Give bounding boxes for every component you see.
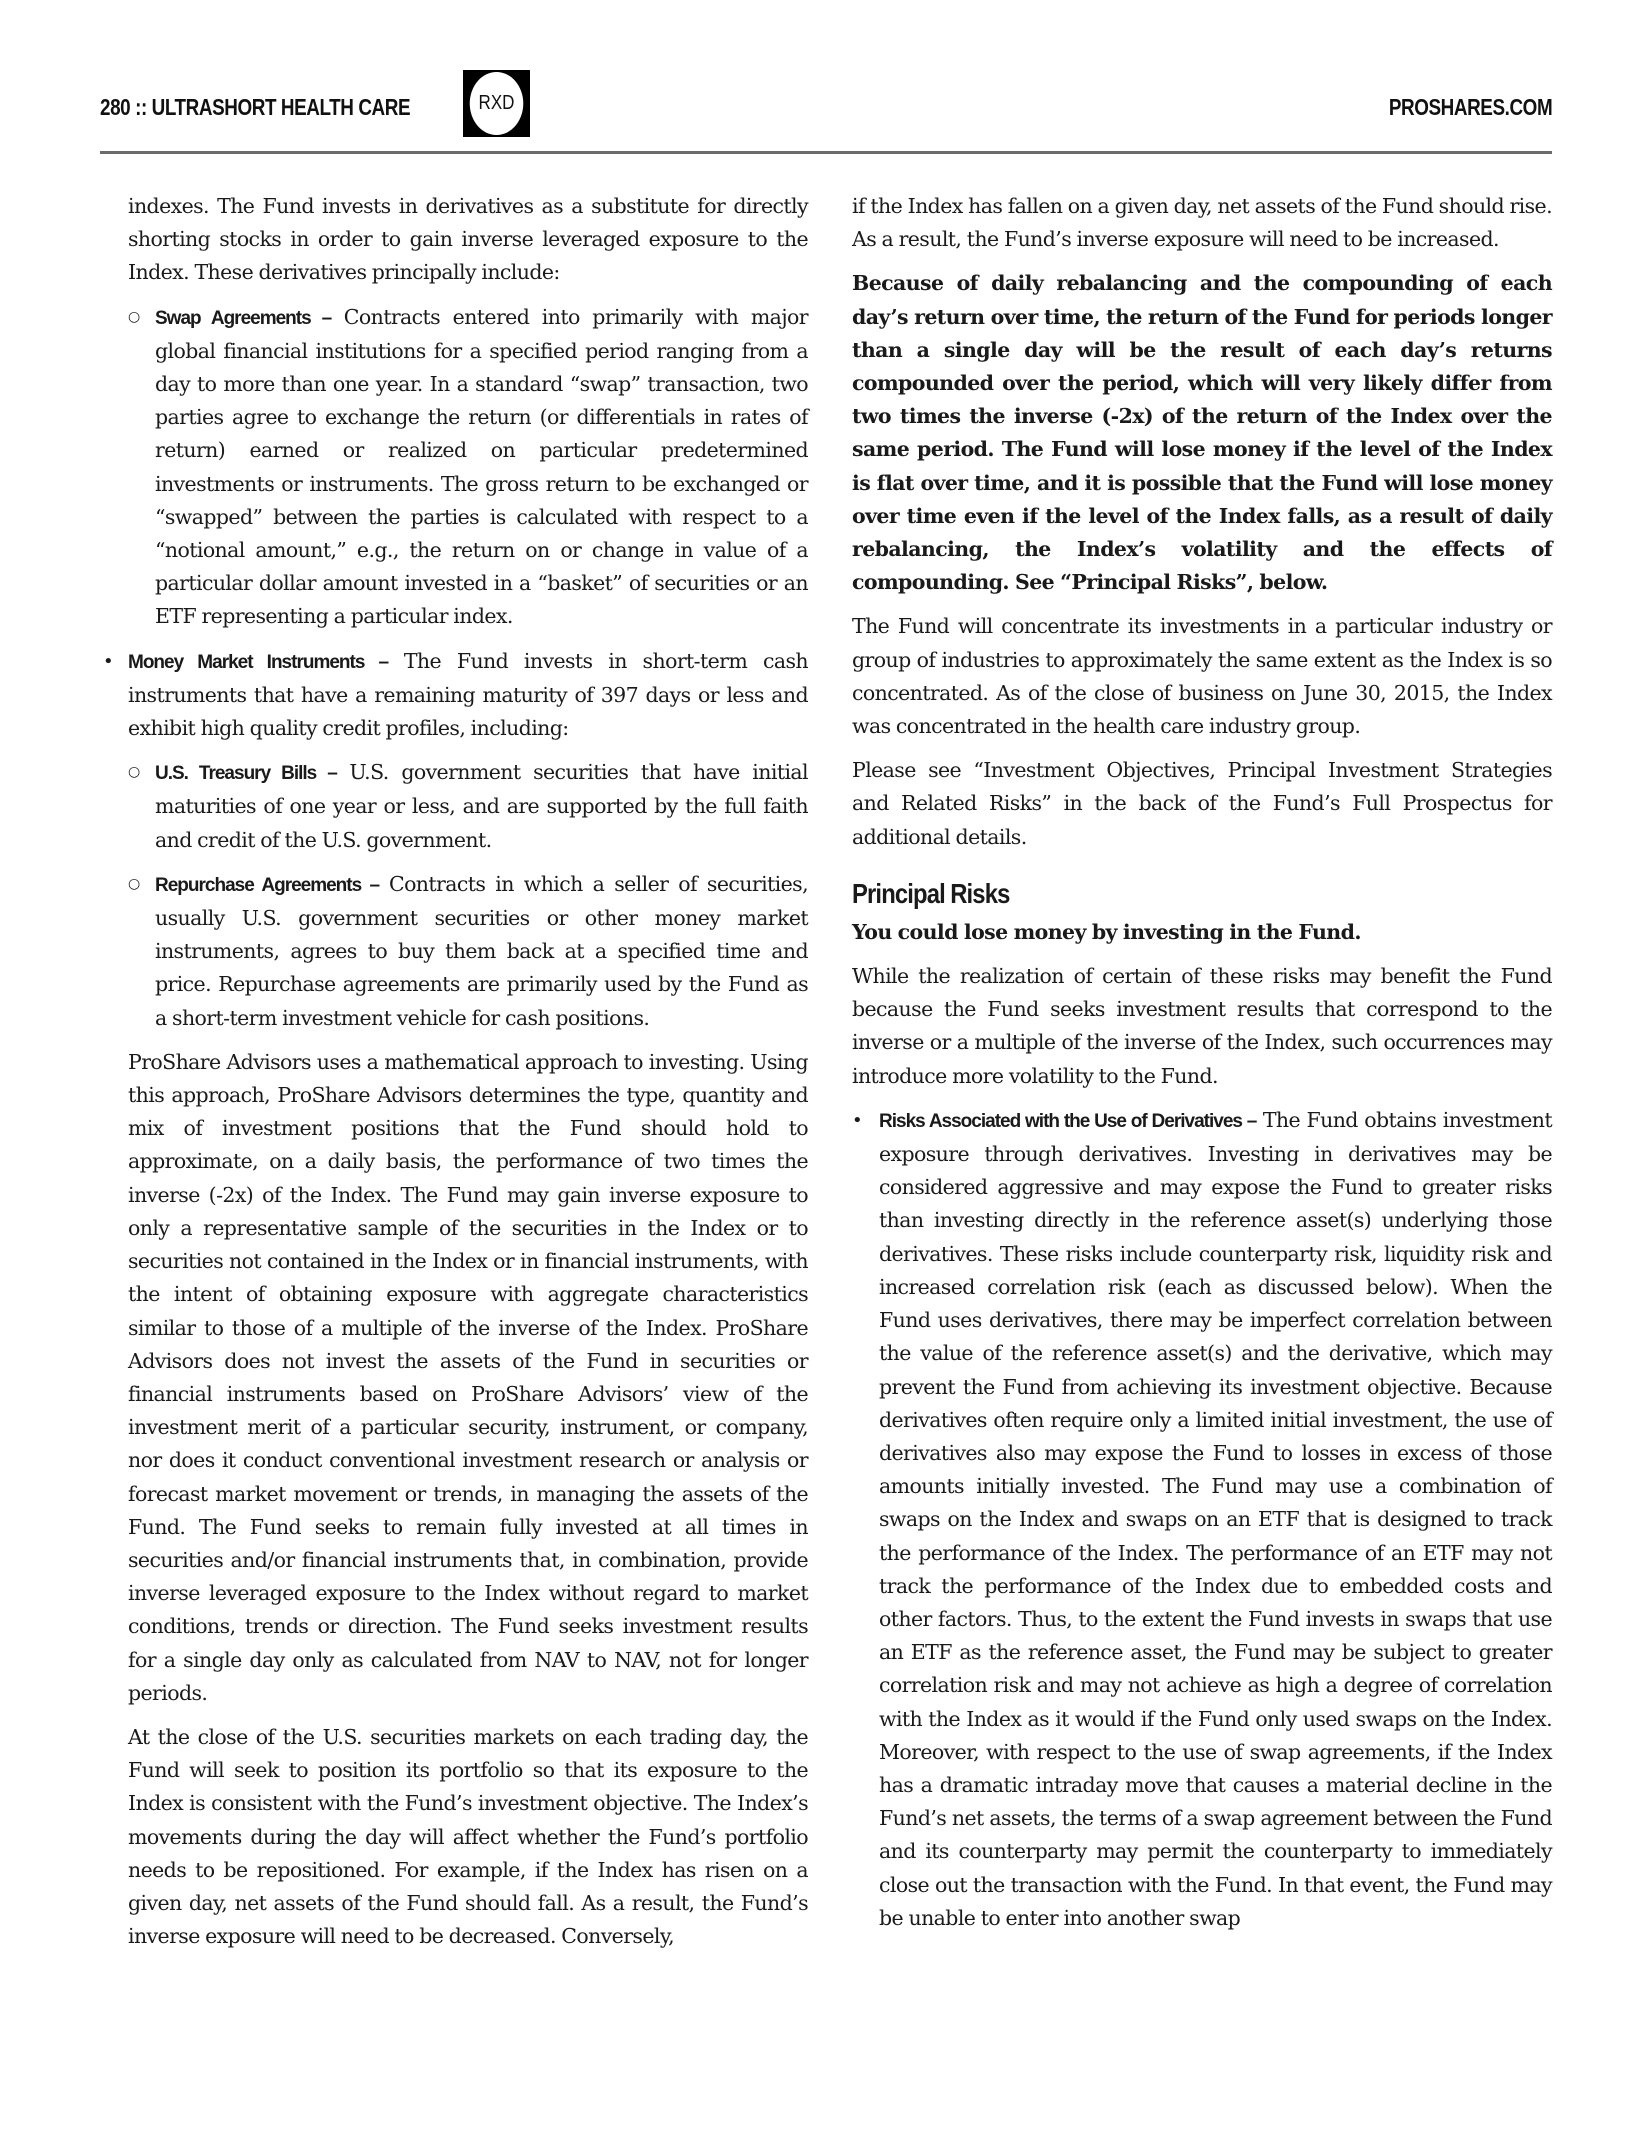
ticker-label: RXD [470, 72, 524, 135]
hollow-bullet-icon: ○ [128, 301, 140, 334]
ticker-badge: RXD [463, 70, 530, 137]
item-label: Money Market Instruments – [128, 652, 388, 673]
concentration-paragraph: The Fund will concentrate its investment… [852, 610, 1552, 743]
list-item-treasury-bills: ○ U.S. Treasury Bills – U.S. government … [128, 756, 808, 857]
site-link[interactable]: PROSHARES.COM [1389, 94, 1552, 121]
header-divider [100, 151, 1552, 154]
section-heading-principal-risks: Principal Risks [852, 876, 1447, 912]
risk-subheading: You could lose money by investing in the… [852, 916, 1552, 949]
list-item-derivatives-risk: • Risks Associated with the Use of Deriv… [852, 1104, 1552, 1935]
intro-paragraph: indexes. The Fund invests in derivatives… [128, 190, 808, 290]
item-text: Contracts entered into primarily with ma… [155, 305, 808, 629]
hollow-bullet-icon: ○ [128, 868, 140, 901]
item-label: U.S. Treasury Bills – [155, 763, 337, 784]
list-item-money-market: • Money Market Instruments – The Fund in… [128, 645, 808, 746]
page-header: 280 :: ULTRASHORT HEALTH CARE RXD PROSHA… [100, 70, 1552, 140]
compounding-warning-paragraph: Because of daily rebalancing and the com… [852, 267, 1552, 599]
list-item-swap-agreements: ○ Swap Agreements – Contracts entered in… [128, 301, 808, 634]
see-prospectus-paragraph: Please see “Investment Objectives, Princ… [852, 754, 1552, 854]
left-column: indexes. The Fund invests in derivatives… [128, 190, 808, 1964]
close-paragraph: At the close of the U.S. securities mark… [128, 1721, 808, 1953]
risk-intro-paragraph: While the realization of certain of thes… [852, 960, 1552, 1093]
filled-bullet-icon: • [103, 645, 113, 678]
continued-paragraph: if the Index has fallen on a given day, … [852, 190, 1552, 256]
filled-bullet-icon: • [852, 1104, 862, 1137]
item-text: The Fund obtains investment exposure thr… [879, 1108, 1552, 1930]
hollow-bullet-icon: ○ [128, 756, 140, 789]
page-number-title: 280 :: ULTRASHORT HEALTH CARE [100, 94, 410, 121]
item-label: Risks Associated with the Use of Derivat… [879, 1111, 1256, 1132]
item-label: Repurchase Agreements – [155, 875, 379, 896]
list-item-repurchase-agreements: ○ Repurchase Agreements – Contracts in w… [128, 868, 808, 1035]
right-column: if the Index has fallen on a given day, … [852, 190, 1552, 1946]
item-label: Swap Agreements – [155, 308, 331, 329]
approach-paragraph: ProShare Advisors uses a mathematical ap… [128, 1046, 808, 1710]
